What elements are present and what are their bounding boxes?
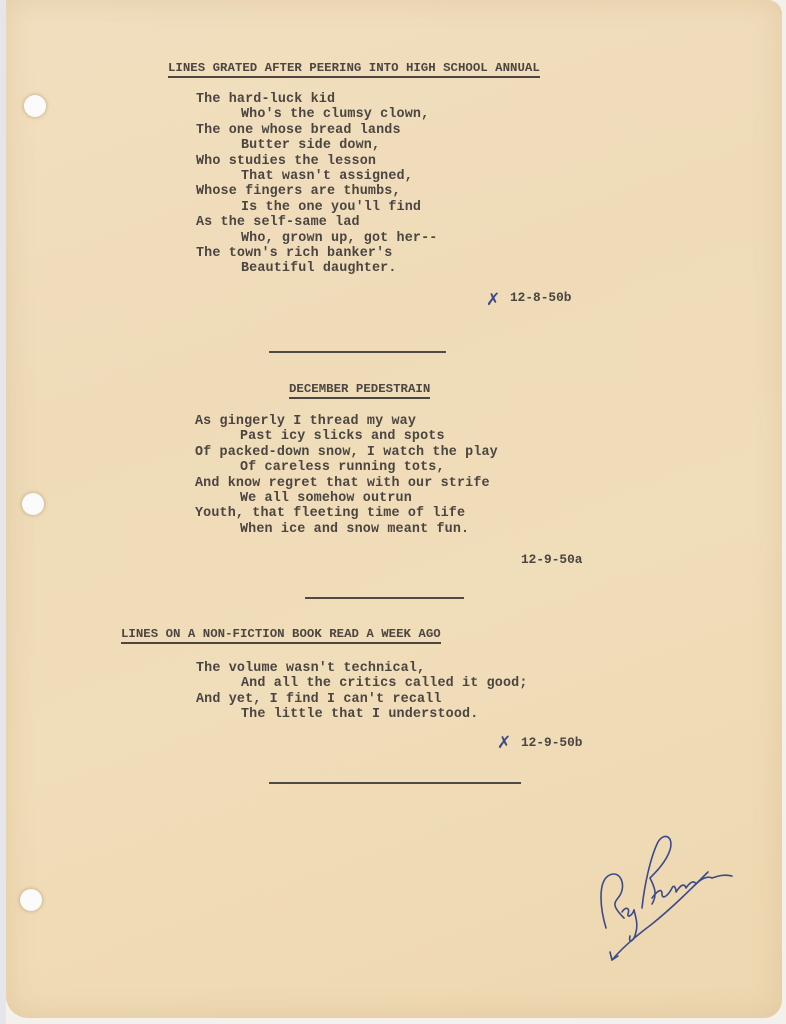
poem-line: As the self-same lad: [196, 215, 437, 230]
poem-line: And all the critics called it good;: [196, 676, 528, 691]
poem-line: Is the one you'll find: [196, 200, 437, 215]
poem-line: Of packed-down snow, I watch the play: [195, 445, 498, 460]
handwritten-signature: Ray Romine: [592, 828, 742, 968]
section-divider: [269, 351, 446, 353]
poem-line: Beautiful daughter.: [196, 261, 437, 276]
pen-mark-icon: ✗: [497, 733, 511, 753]
poem-line: The town's rich banker's: [196, 246, 437, 261]
section-divider: [269, 782, 521, 784]
poem-body: The volume wasn't technical,And all the …: [196, 661, 528, 723]
pen-mark-icon: ✗: [486, 290, 500, 310]
poem-line: Youth, that fleeting time of life: [195, 506, 498, 521]
poem-line: The one whose bread lands: [196, 123, 437, 138]
poem-date: 12-8-50b: [510, 290, 571, 305]
poem-date: 12-9-50a: [521, 552, 582, 567]
poem-line: And yet, I find I can't recall: [196, 692, 528, 707]
punch-hole-middle: [22, 493, 44, 515]
poem-line: Who, grown up, got her--: [196, 231, 437, 246]
punch-hole-bottom: [20, 889, 42, 911]
poem-line: Who's the clumsy clown,: [196, 107, 437, 122]
poem-body: As gingerly I thread my wayPast icy slic…: [195, 414, 498, 537]
section-divider: [305, 597, 464, 599]
poem-line: And know regret that with our strife: [195, 476, 498, 491]
poem-title: LINES ON A NON-FICTION BOOK READ A WEEK …: [121, 627, 441, 644]
poem-line: Of careless running tots,: [195, 460, 498, 475]
poem-line: The volume wasn't technical,: [196, 661, 528, 676]
poem-line: When ice and snow meant fun.: [195, 522, 498, 537]
poem-line: Whose fingers are thumbs,: [196, 184, 437, 199]
poem-line: The hard-luck kid: [196, 92, 437, 107]
poem-line: Butter side down,: [196, 138, 437, 153]
poem-date: 12-9-50b: [521, 735, 582, 750]
poem-title: DECEMBER PEDESTRAIN: [289, 382, 430, 399]
poem-line: We all somehow outrun: [195, 491, 498, 506]
punch-hole-top: [24, 95, 46, 117]
poem-line: As gingerly I thread my way: [195, 414, 498, 429]
poem-line: Past icy slicks and spots: [195, 429, 498, 444]
poem-title: LINES GRATED AFTER PEERING INTO HIGH SCH…: [168, 61, 540, 78]
poem-line: Who studies the lesson: [196, 154, 437, 169]
poem-line: That wasn't assigned,: [196, 169, 437, 184]
poem-body: The hard-luck kidWho's the clumsy clown,…: [196, 92, 437, 277]
poem-line: The little that I understood.: [196, 707, 528, 722]
